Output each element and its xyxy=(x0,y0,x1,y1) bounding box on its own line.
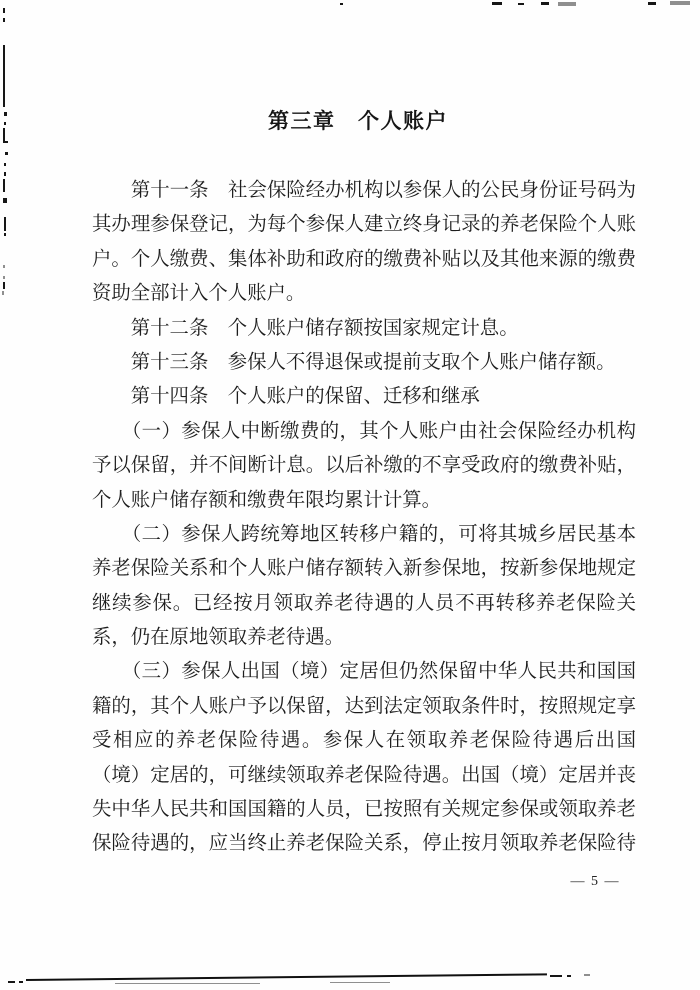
scan-artifact xyxy=(4,112,7,116)
scan-artifact xyxy=(4,233,6,236)
text-line: （三）参保人出国（境）定居但仍然保留中华人民共和国国 xyxy=(92,655,636,689)
text-line: 失中华人民共和国国籍的人员，已按照有关规定参保或领取养老 xyxy=(92,793,636,827)
scan-artifact xyxy=(2,291,4,295)
scan-artifact xyxy=(550,975,562,977)
scan-artifact xyxy=(3,282,5,289)
text-line: （一）参保人中断缴费的，其个人账户由社会保险经办机构 xyxy=(92,415,636,449)
text-line: （二）参保人跨统筹地区转移户籍的，可将其城乡居民基本 xyxy=(92,518,636,552)
scan-artifact xyxy=(3,45,5,107)
scan-artifact xyxy=(340,3,343,5)
scan-artifact xyxy=(3,265,5,268)
scan-artifact xyxy=(3,198,7,203)
document-page: 第三章 个人账户 第十一条 社会保险经办机构以参保人的公民身份证号码为 其办理参… xyxy=(0,0,700,990)
text-line: 第十三条 参保人不得退保或提前支取个人账户储存额。 xyxy=(92,346,636,380)
scan-artifact xyxy=(492,2,502,5)
scan-artifact xyxy=(3,8,5,13)
scan-artifact xyxy=(670,1,690,5)
scan-artifact xyxy=(518,3,524,5)
scan-artifact xyxy=(115,983,260,984)
text-line: 继续参保。已经按月领取养老待遇的人员不再转移养老保险关 xyxy=(92,587,636,621)
scan-artifact xyxy=(3,18,5,22)
body-text: 第十一条 社会保险经办机构以参保人的公民身份证号码为 其办理参保登记，为每个参保… xyxy=(92,174,636,862)
scan-artifact xyxy=(3,141,8,143)
scan-artifact xyxy=(4,217,6,231)
text-line: 受相应的养老保险待遇。参保人在领取养老保险待遇后出国 xyxy=(92,724,636,758)
text-line: 予以保留，并不间断计息。以后补缴的不享受政府的缴费补贴， xyxy=(92,449,636,483)
text-line: 第十四条 个人账户的保留、迁移和继承 xyxy=(92,380,636,414)
text-line: （境）定居的，可继续领取养老保险待遇。出国（境）定居并丧 xyxy=(92,759,636,793)
scan-artifact xyxy=(4,163,6,166)
scan-artifact xyxy=(3,179,5,192)
text-line: 保险待遇的，应当终止养老保险关系，停止按月领取养老保险待 xyxy=(92,827,636,861)
text-line: 资助全部计入个人账户。 xyxy=(92,277,636,311)
text-line: 个人账户储存额和缴费年限均累计计算。 xyxy=(92,484,636,518)
scan-artifact xyxy=(19,981,23,983)
scan-artifact xyxy=(3,276,5,279)
scan-artifact xyxy=(541,2,549,5)
text-line: 其办理参保登记，为每个参保人建立终身记录的养老保险个人账 xyxy=(92,208,636,242)
scan-artifact xyxy=(4,172,6,176)
chapter-title: 第三章 个人账户 xyxy=(0,105,700,135)
text-line: 养老保险关系和个人账户储存额转入新参保地，按新参保地规定 xyxy=(92,552,636,586)
scan-artifact xyxy=(330,982,390,983)
scan-artifact xyxy=(558,2,576,6)
text-line: 籍的，其个人账户予以保留，达到法定领取条件时，按照规定享 xyxy=(92,690,636,724)
scan-artifact-line xyxy=(26,973,547,981)
page-number: — 5 — xyxy=(571,874,621,890)
scan-artifact xyxy=(584,974,590,976)
text-line: 第十一条 社会保险经办机构以参保人的公民身份证号码为 xyxy=(92,174,636,208)
scan-artifact xyxy=(5,152,8,155)
scan-artifact xyxy=(567,975,571,977)
text-line: 第十二条 个人账户储存额按国家规定计息。 xyxy=(92,312,636,346)
scan-artifact xyxy=(8,981,15,983)
scan-artifact xyxy=(648,2,656,5)
scan-artifact xyxy=(4,122,6,125)
text-line: 系，仍在原地领取养老待遇。 xyxy=(92,621,636,655)
text-line: 户。个人缴费、集体补助和政府的缴费补贴以及其他来源的缴费 xyxy=(92,243,636,277)
